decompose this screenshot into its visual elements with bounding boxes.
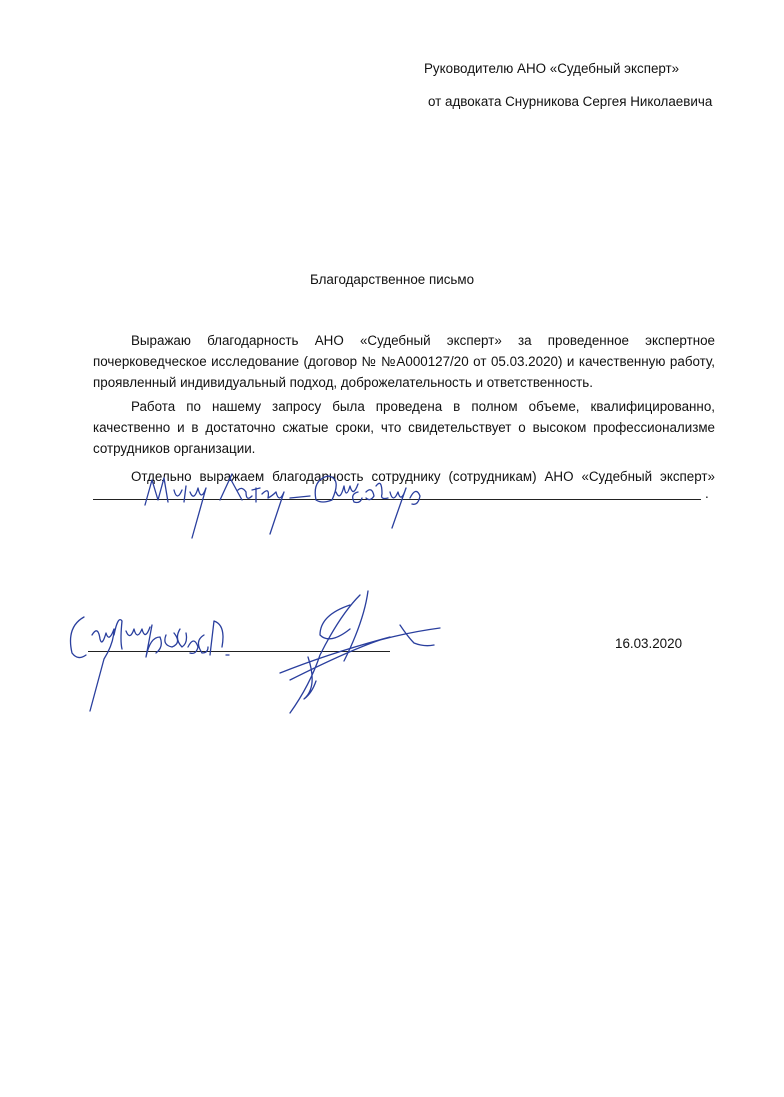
handwritten-employee-name (140, 470, 520, 540)
paragraph-line: сотрудников организации. (93, 438, 715, 459)
letter-date: 16.03.2020 (615, 636, 682, 651)
paragraph-line: проявленный индивидуальный подход, добро… (93, 372, 715, 393)
handwritten-signer-name (62, 595, 252, 705)
paragraph-line: почерковедческое исследование (договор №… (93, 351, 715, 372)
paragraph-gratitude: Выражаю благодарность АНО «Судебный эксп… (93, 330, 715, 393)
paragraph-line: качественно и в достаточно сжатые сроки,… (93, 417, 715, 438)
paragraph-work-quality: Работа по нашему запросу была проведена … (93, 396, 715, 459)
addressee: Руководителю АНО «Судебный эксперт» (424, 61, 679, 76)
paragraph-line: Работа по нашему запросу была проведена … (93, 396, 715, 417)
line-end-dot: . (705, 486, 709, 501)
sender: от адвоката Снурникова Сергея Николаевич… (428, 94, 712, 109)
paragraph-line: Выражаю благодарность АНО «Судебный эксп… (93, 330, 715, 351)
signature-scribble (250, 585, 450, 715)
letter-title: Благодарственное письмо (0, 272, 784, 287)
